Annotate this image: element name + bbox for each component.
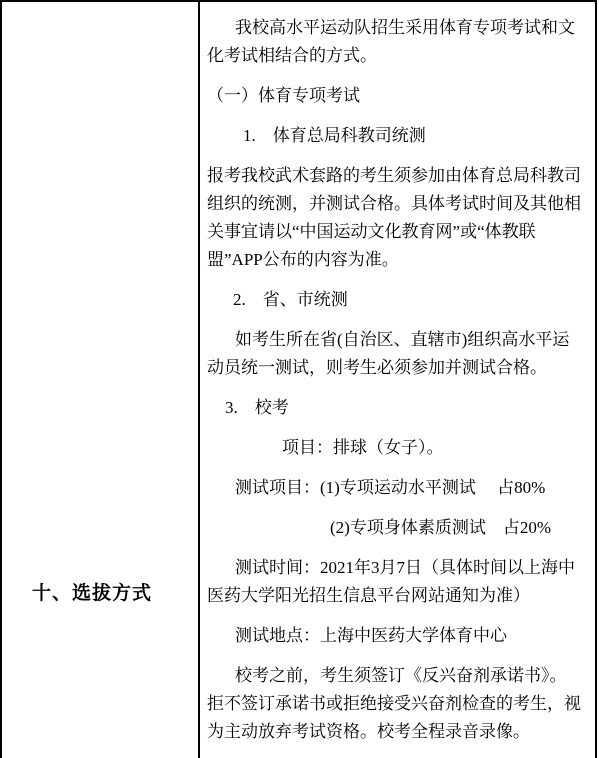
row-header-cell: 十、选拔方式 bbox=[2, 2, 200, 758]
paragraph-test-item-1: 测试项目：(1)专项运动水平测试 占80% bbox=[207, 474, 592, 502]
paragraph-test-time: 测试时间：2021年3月7日（具体时间以上海中 医药大学阳光招生信息平台网站通知… bbox=[207, 554, 592, 610]
row-header-label: 十、选拔方式 bbox=[32, 582, 152, 606]
paragraph-test-location: 测试地点：上海中医药大学体育中心 bbox=[207, 622, 592, 650]
paragraph-item-2-heading: 2. 省、市统测 bbox=[207, 286, 592, 314]
paragraph-anti-doping-notice: 校考之前，考生须签订《反兴奋剂承诺书》。 拒不签订承诺书或拒绝接受兴奋剂检查的考… bbox=[207, 662, 592, 746]
paragraph-item-3-heading: 3. 校考 bbox=[207, 394, 592, 422]
paragraph-event: 项目：排球（女子）。 bbox=[207, 434, 592, 462]
document-page: 十、选拔方式 我校高水平运动队招生采用体育专项考试和文 化考试相结合的方式。 （… bbox=[0, 0, 599, 758]
table-row-selection-method: 十、选拔方式 我校高水平运动队招生采用体育专项考试和文 化考试相结合的方式。 （… bbox=[0, 0, 597, 758]
paragraph-section-1-heading: （一）体育专项考试 bbox=[207, 82, 592, 110]
paragraph-item-1-body: 报考我校武术套路的考生须参加由体育总局科教司 组织的统测，并测试合格。具体考试时… bbox=[207, 162, 592, 274]
paragraph-item-2-body: 如考生所在省(自治区、直辖市)组织高水平运 动员统一测试，则考生必须参加并测试合… bbox=[207, 326, 592, 382]
paragraph-intro: 我校高水平运动队招生采用体育专项考试和文 化考试相结合的方式。 bbox=[207, 14, 592, 70]
row-content-cell: 我校高水平运动队招生采用体育专项考试和文 化考试相结合的方式。 （一）体育专项考… bbox=[200, 2, 597, 758]
paragraph-item-1-heading: 1. 体育总局科教司统测 bbox=[207, 122, 592, 150]
paragraph-test-item-2: (2)专项身体素质测试 占20% bbox=[207, 514, 592, 542]
